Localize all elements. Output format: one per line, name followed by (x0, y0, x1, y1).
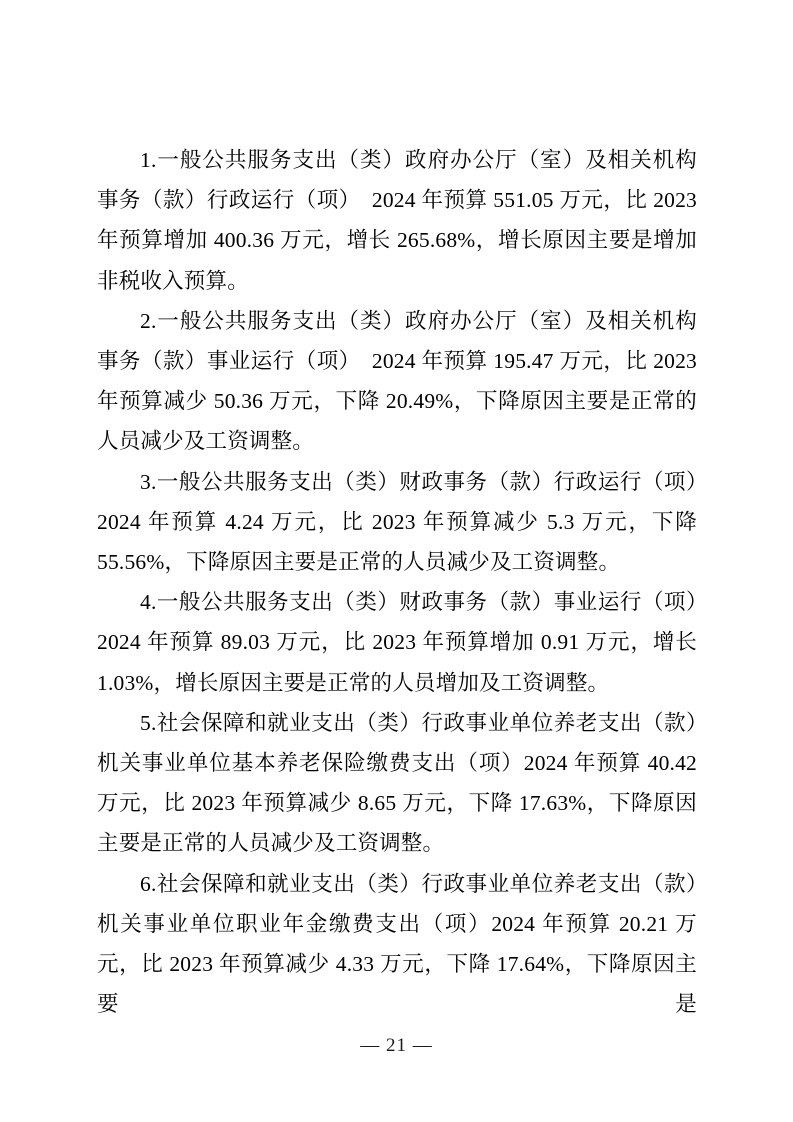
budget-paragraph-1: 1.一般公共服务支出（类）政府办公厅（室）及相关机构事务（款）行政运行（项） 2… (97, 140, 697, 301)
budget-paragraph-6: 6.社会保障和就业支出（类）行政事业单位养老支出（款）机关事业单位职业年金缴费支… (97, 864, 697, 1025)
budget-paragraph-3: 3.一般公共服务支出（类）财政事务（款）行政运行（项）2024 年预算 4.24… (97, 462, 697, 583)
budget-paragraph-4: 4.一般公共服务支出（类）财政事务（款）事业运行（项）2024 年预算 89.0… (97, 582, 697, 703)
budget-paragraph-2: 2.一般公共服务支出（类）政府办公厅（室）及相关机构事务（款）事业运行（项） 2… (97, 301, 697, 462)
body-text: 1.一般公共服务支出（类）政府办公厅（室）及相关机构事务（款）行政运行（项） 2… (97, 140, 697, 1024)
document-page: 1.一般公共服务支出（类）政府办公厅（室）及相关机构事务（款）行政运行（项） 2… (0, 0, 793, 1122)
page-number: — 21 — (0, 1032, 793, 1059)
budget-paragraph-5: 5.社会保障和就业支出（类）行政事业单位养老支出（款）机关事业单位基本养老保险缴… (97, 703, 697, 864)
